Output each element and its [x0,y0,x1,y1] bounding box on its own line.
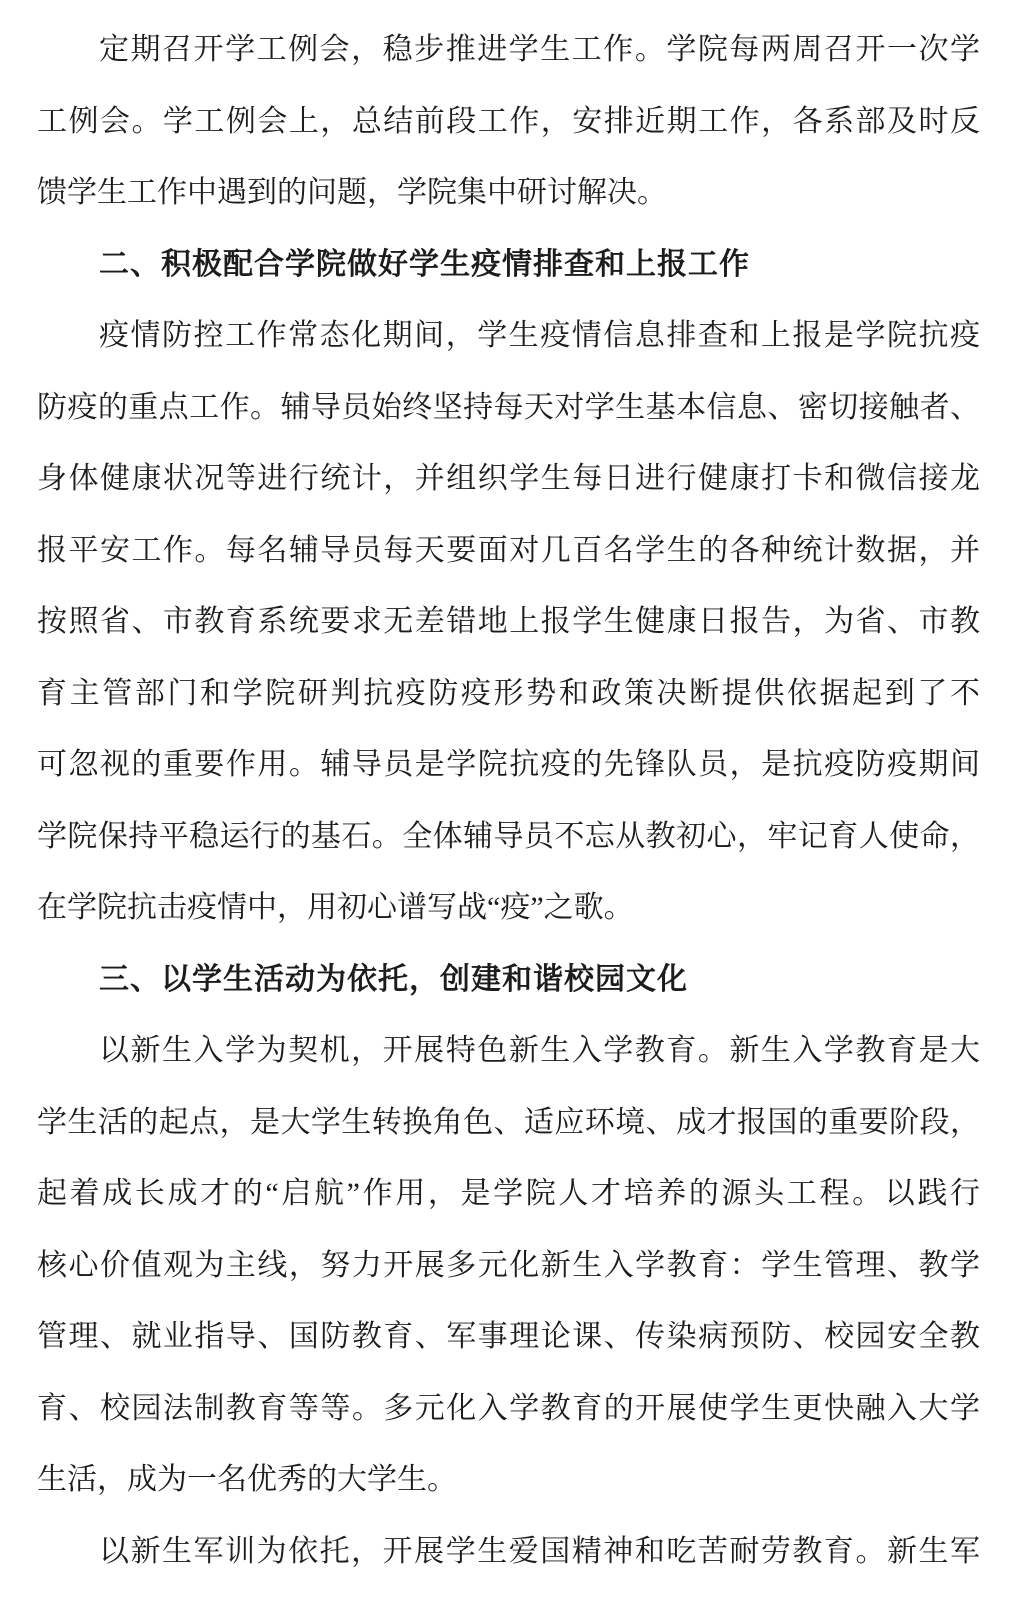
paragraph-line: 生活，成为一名优秀的大学生。 [37,1444,980,1516]
paragraph-line: 防疫的重点工作。辅导员始终坚持每天对学生基本信息、密切接触者、 [37,372,980,444]
paragraph-line: 馈学生工作中遇到的问题，学院集中研讨解决。 [37,157,980,229]
paragraph-line: 学生活的起点，是大学生转换角色、适应环境、成才报国的重要阶段， [37,1087,980,1159]
paragraph-line: 按照省、市教育系统要求无差错地上报学生健康日报告，为省、市教 [37,586,980,658]
paragraph-line: 起着成长成才的“启航”作用，是学院人才培养的源头工程。以践行 [37,1158,980,1230]
paragraph-line: 身体健康状况等进行统计，并组织学生每日进行健康打卡和微信接龙 [37,443,980,515]
paragraph-line: 以新生入学为契机，开展特色新生入学教育。新生入学教育是大 [37,1015,980,1087]
document-page: 定期召开学工例会，稳步推进学生工作。学院每两周召开一次学 工例会。学工例会上，总… [0,0,1024,1599]
section-heading: 三、以学生活动为依托，创建和谐校园文化 [37,944,980,1016]
paragraph-line: 育、校园法制教育等等。多元化入学教育的开展使学生更快融入大学 [37,1373,980,1445]
section-heading: 二、积极配合学院做好学生疫情排查和上报工作 [37,229,980,301]
paragraph-line: 疫情防控工作常态化期间，学生疫情信息排查和上报是学院抗疫 [37,300,980,372]
paragraph-line: 育主管部门和学院研判抗疫防疫形势和政策决断提供依据起到了不 [37,658,980,730]
paragraph-line: 核心价值观为主线，努力开展多元化新生入学教育：学生管理、教学 [37,1230,980,1302]
paragraph-line: 管理、就业指导、国防教育、军事理论课、传染病预防、校园安全教 [37,1301,980,1373]
paragraph-line: 定期召开学工例会，稳步推进学生工作。学院每两周召开一次学 [37,14,980,86]
paragraph-line: 工例会。学工例会上，总结前段工作，安排近期工作，各系部及时反 [37,86,980,158]
paragraph-line: 报平安工作。每名辅导员每天要面对几百名学生的各种统计数据，并 [37,515,980,587]
paragraph-line: 可忽视的重要作用。辅导员是学院抗疫的先锋队员，是抗疫防疫期间 [37,729,980,801]
paragraph-line: 以新生军训为依托，开展学生爱国精神和吃苦耐劳教育。新生军 [37,1516,980,1588]
paragraph-line: 学院保持平稳运行的基石。全体辅导员不忘从教初心，牢记育人使命， [37,801,980,873]
paragraph-line: 在学院抗击疫情中，用初心谱写战“疫”之歌。 [37,872,980,944]
